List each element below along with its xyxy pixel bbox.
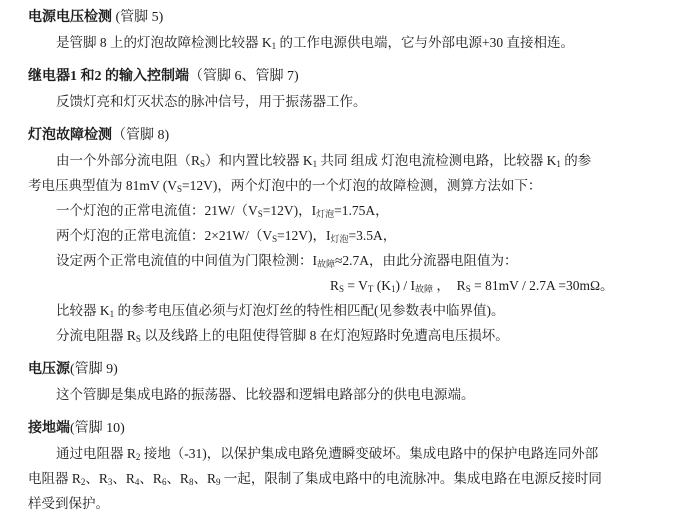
- text-segment: 由一个外部分流电阻（R: [56, 153, 200, 168]
- text-segment: 、R: [85, 471, 108, 486]
- text-segment: 设定两个正常电流值的中间值为门限检测：I: [56, 253, 317, 268]
- body-line: 设定两个正常电流值的中间值为门限检测：I故障≈2.7A，由此分流器电阻值为：: [28, 248, 649, 273]
- text-segment: 反馈灯亮和灯灭状态的脉冲信号，用于振荡器工作。: [56, 94, 367, 109]
- text-segment: =12V)，I: [277, 228, 330, 243]
- body-line: 是管脚 8 上的灯泡故障检测比较器 K1 的工作电源供电端，它与外部电源+30 …: [28, 30, 649, 55]
- text-segment: 、R: [193, 471, 216, 486]
- text-segment: 共同 组成 灯泡电流检测电路，比较器 K: [317, 153, 556, 168]
- text-segment: 通过电阻器 R: [56, 446, 136, 461]
- body-line: 比较器 K1 的参考电压值必须与灯泡灯丝的特性相匹配(见参数表中临界值)。: [28, 298, 649, 323]
- text-segment: ≈2.7A，由此分流器电阻值为：: [335, 253, 518, 268]
- formula-line: RS = VT (K1) / I故障 ， RS = 81mV / 2.7A =3…: [28, 273, 649, 298]
- text-segment: 这个管脚是集成电路的振荡器、比较器和逻辑电路部分的供电电源端。: [56, 387, 475, 402]
- subscript-text: 灯泡: [330, 234, 348, 244]
- text-segment: 、R: [139, 471, 162, 486]
- body-line: 一个灯泡的正常电流值：21W/（VS=12V)，I灯泡=1.75A，: [28, 198, 649, 223]
- document-page: { "page": { "background_color": "#ffffff…: [0, 0, 675, 511]
- text-segment: =12V)，I: [263, 203, 316, 218]
- section-heading: 灯泡故障检测（管脚 8): [28, 123, 649, 148]
- section-relay-input-control: 继电器1 和2 的输入控制端（管脚 6、管脚 7) 反馈灯亮和灯灭状态的脉冲信号…: [28, 64, 649, 114]
- text-segment: 的工作电源供电端，它与外部电源+30 直接相连。: [276, 35, 574, 50]
- text-segment: （管脚 6、管脚 7): [189, 69, 299, 84]
- text-segment: R: [330, 278, 339, 293]
- body-line: 反馈灯亮和灯灭状态的脉冲信号，用于振荡器工作。: [28, 89, 649, 114]
- text-segment: 分流电阻器 R: [56, 328, 136, 343]
- body-line: 这个管脚是集成电路的振荡器、比较器和逻辑电路部分的供电电源端。: [28, 382, 649, 407]
- section-heading: 继电器1 和2 的输入控制端（管脚 6、管脚 7): [28, 64, 649, 89]
- text-segment: （管脚 8): [112, 128, 169, 143]
- section-heading: 电压源(管脚 9): [28, 357, 649, 382]
- text-segment: = V: [344, 278, 368, 293]
- body-line: 两个灯泡的正常电流值：2×21W/（VS=12V)，I灯泡=3.5A，: [28, 223, 649, 248]
- section-heading: 电源电压检测 (管脚 5): [28, 5, 649, 30]
- text-segment: 两个灯泡的正常电流值：2×21W/（V: [56, 228, 272, 243]
- text-segment: (K: [373, 278, 391, 293]
- text-segment: =3.5A，: [349, 228, 397, 243]
- text-segment: 的参考电压值必须与灯泡灯丝的特性相匹配(见参数表中临界值)。: [114, 303, 504, 318]
- body-line: 分流电阻器 RS 以及线路上的电阻使得管脚 8 在灯泡短路时免遭高电压损坏。: [28, 323, 649, 348]
- subscript-text: 故障: [415, 284, 433, 294]
- text-segment: =12V)，两个灯泡中的一个灯泡的故障检测，测算方法如下：: [182, 178, 541, 193]
- text-segment: = 81mV / 2.7A =30mΩ。: [471, 278, 614, 293]
- text-segment: ， R: [433, 278, 466, 293]
- text-segment: 考电压典型值为 81mV (V: [28, 178, 177, 193]
- text-segment: 电源电压检测: [28, 10, 112, 25]
- text-segment: 、R: [166, 471, 189, 486]
- text-segment: 一个灯泡的正常电流值：21W/（V: [56, 203, 258, 218]
- text-segment: (管脚 5): [112, 10, 163, 25]
- body-line: 样受到保护。: [28, 491, 649, 511]
- text-segment: 样受到保护。: [28, 496, 109, 511]
- section-power-voltage-detection: 电源电压检测 (管脚 5) 是管脚 8 上的灯泡故障检测比较器 K1 的工作电源…: [28, 5, 649, 55]
- section-voltage-source: 电压源(管脚 9) 这个管脚是集成电路的振荡器、比较器和逻辑电路部分的供电电源端…: [28, 357, 649, 407]
- text-segment: 电压源: [28, 362, 70, 377]
- section-heading: 接地端(管脚 10): [28, 416, 649, 441]
- text-segment: 灯泡故障检测: [28, 128, 112, 143]
- body-line: 电阻器 R2、R3、R4、R6、R8、R9 一起，限制了集成电路中的电流脉冲。集…: [28, 466, 649, 491]
- text-segment: 接地端: [28, 421, 70, 436]
- text-segment: 一起，限制了集成电路中的电流脉冲。集成电路在电源反接时同: [220, 471, 601, 486]
- text-segment: 的参: [561, 153, 591, 168]
- text-segment: 是管脚 8 上的灯泡故障检测比较器 K: [56, 35, 272, 50]
- body-line: 由一个外部分流电阻（RS）和内置比较器 K1 共同 组成 灯泡电流检测电路，比较…: [28, 148, 649, 173]
- document-body: 电源电压检测 (管脚 5) 是管脚 8 上的灯泡故障检测比较器 K1 的工作电源…: [28, 5, 649, 511]
- text-segment: (管脚 10): [70, 421, 125, 436]
- text-segment: 继电器1 和2 的输入控制端: [28, 69, 189, 84]
- text-segment: 比较器 K: [56, 303, 110, 318]
- section-ground-terminal: 接地端(管脚 10) 通过电阻器 R2 接地（-31)，以保护集成电路免遭瞬变破…: [28, 416, 649, 511]
- text-segment: 、R: [112, 471, 135, 486]
- text-segment: 电阻器 R: [28, 471, 81, 486]
- text-segment: ) / I: [396, 278, 416, 293]
- text-segment: =1.75A，: [334, 203, 389, 218]
- subscript-text: 灯泡: [316, 209, 334, 219]
- section-bulb-fault-detection: 灯泡故障检测（管脚 8) 由一个外部分流电阻（RS）和内置比较器 K1 共同 组…: [28, 123, 649, 348]
- text-segment: ）和内置比较器 K: [205, 153, 313, 168]
- text-segment: (管脚 9): [70, 362, 118, 377]
- body-line: 通过电阻器 R2 接地（-31)，以保护集成电路免遭瞬变破坏。集成电路中的保护电…: [28, 441, 649, 466]
- body-line: 考电压典型值为 81mV (VS=12V)，两个灯泡中的一个灯泡的故障检测，测算…: [28, 173, 649, 198]
- subscript-text: 故障: [317, 259, 335, 269]
- text-segment: 以及线路上的电阻使得管脚 8 在灯泡短路时免遭高电压损坏。: [141, 328, 509, 343]
- text-segment: 接地（-31)，以保护集成电路免遭瞬变破坏。集成电路中的保护电路连同外部: [140, 446, 598, 461]
